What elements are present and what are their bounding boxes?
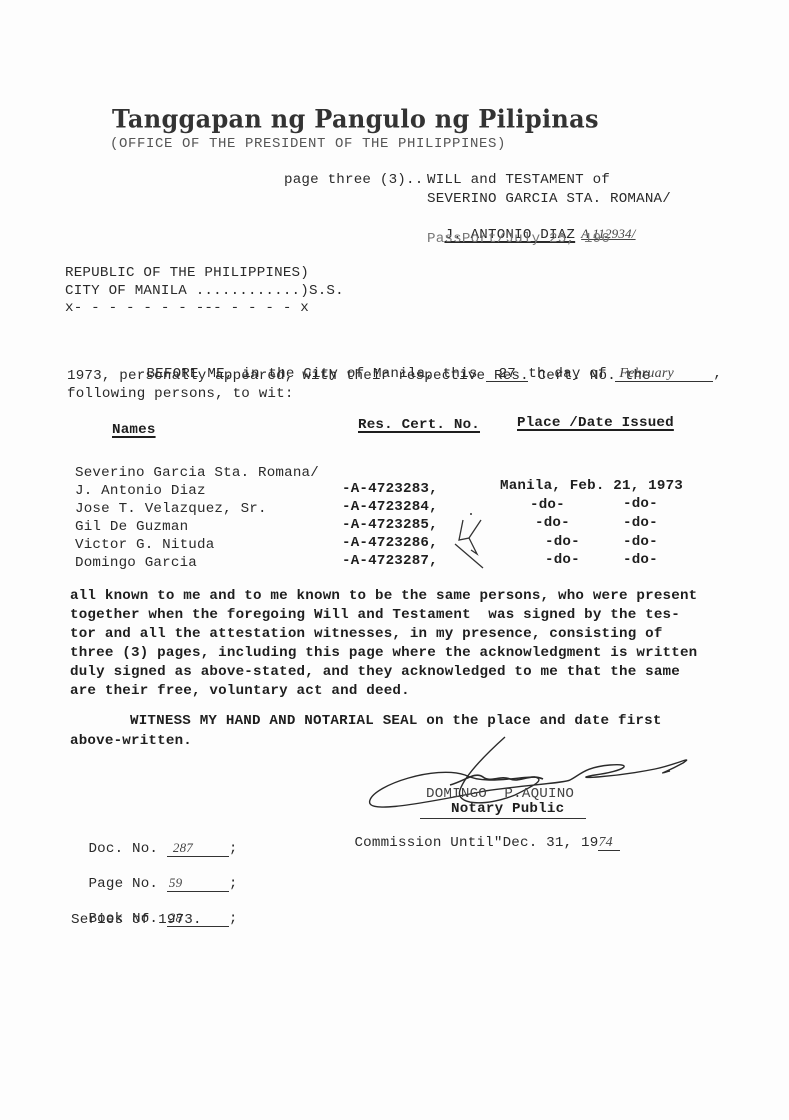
commission-year-value: 74 bbox=[598, 835, 612, 850]
body-line: together when the foregoing Will and Tes… bbox=[70, 607, 680, 623]
reference-line-1: WILL and TESTAMENT of bbox=[427, 172, 610, 188]
table-row-place: -do- bbox=[545, 552, 580, 568]
body-line: are their free, voluntary act and deed. bbox=[70, 683, 410, 699]
body-line: duly signed as above-stated, and they ac… bbox=[70, 664, 680, 680]
table-row-cert: -A-4723287, bbox=[342, 553, 438, 569]
doc-number-field: 287 bbox=[167, 841, 229, 857]
doc-label: Doc. No. bbox=[88, 841, 166, 857]
venue-separator: x- - - - - - - --- - - - - x bbox=[65, 300, 309, 316]
venue-republic: REPUBLIC OF THE PHILIPPINES) bbox=[65, 265, 309, 281]
register-page: Page No. 59; bbox=[71, 860, 238, 892]
notary-name: DOMINGO P.AQUINO bbox=[426, 786, 574, 802]
witness-line-1: WITNESS MY HAND AND NOTARIAL SEAL on the… bbox=[130, 713, 662, 729]
initials-signature bbox=[455, 510, 495, 580]
letterhead-subtitle: (OFFICE OF THE PRESIDENT OF THE PHILIPPI… bbox=[110, 136, 506, 152]
table-row-cert: -A-4723286, bbox=[342, 535, 438, 551]
table-row-place: -do- bbox=[530, 497, 565, 513]
table-row-name: Severino Garcia Sta. Romana/ bbox=[75, 465, 319, 481]
page-number-field: 59 bbox=[167, 876, 229, 892]
intro-line-2: 1973, personally appeared, with their re… bbox=[67, 368, 651, 384]
register-doc: Doc. No. 287; bbox=[71, 825, 238, 857]
table-row-name: Domingo Garcia bbox=[75, 555, 197, 571]
intro-line-3: following persons, to wit: bbox=[67, 386, 294, 402]
register-series: Series of 1973. bbox=[71, 912, 202, 928]
body-line: all known to me and to me known to be th… bbox=[70, 588, 697, 604]
letterhead-title: Tanggapan ng Pangulo ng Pilipinas bbox=[112, 103, 599, 133]
page-number-value: 59 bbox=[169, 875, 182, 890]
table-row-place: -do- bbox=[545, 534, 580, 550]
notary-commission: Commission Until"Dec. 31, 1974 bbox=[337, 819, 620, 851]
page-label: Page No. bbox=[88, 876, 166, 892]
reference-line-4: PassPort/July 25, 196 bbox=[427, 231, 610, 247]
table-row-place: -do- bbox=[535, 515, 570, 531]
doc-number-value: 287 bbox=[173, 840, 193, 855]
table-row-date: -do- bbox=[623, 496, 658, 512]
table-row-cert: -A-4723285, bbox=[342, 517, 438, 533]
commission-year-field: 74 bbox=[598, 836, 620, 851]
table-row-name: Victor G. Nituda bbox=[75, 537, 214, 553]
reference-prefix: page three (3).. bbox=[284, 172, 432, 188]
venue-city: CITY OF MANILA ............)S.S. bbox=[65, 283, 344, 299]
intro-comma: , bbox=[713, 366, 722, 382]
witness-line-2: above-written. bbox=[70, 733, 192, 749]
body-line: three (3) pages, including this page whe… bbox=[70, 645, 697, 661]
table-row-date: -do- bbox=[623, 515, 658, 531]
table-row-date: -do- bbox=[623, 534, 658, 550]
notary-title: Notary Public bbox=[451, 801, 564, 817]
body-line: tor and all the attestation witnesses, i… bbox=[70, 626, 663, 642]
commission-text: Commission Until"Dec. 31, 19 bbox=[354, 835, 598, 851]
table-row-name: Jose T. Velazquez, Sr. bbox=[75, 501, 267, 517]
header-names: Names bbox=[112, 422, 156, 438]
table-row-cert: -A-4723284, bbox=[342, 499, 438, 515]
header-res-cert: Res. Cert. No. bbox=[358, 417, 480, 433]
table-row-date: -do- bbox=[623, 552, 658, 568]
table-row-name: J. Antonio Diaz bbox=[75, 483, 206, 499]
table-row-cert: -A-4723283, bbox=[342, 481, 438, 497]
table-row-place: Manila, Feb. 21, 1973 bbox=[500, 478, 683, 494]
reference-line-2: SEVERINO GARCIA STA. ROMANA/ bbox=[427, 191, 671, 207]
header-place-date: Place /Date Issued bbox=[517, 415, 674, 431]
table-row-name: Gil De Guzman bbox=[75, 519, 188, 535]
